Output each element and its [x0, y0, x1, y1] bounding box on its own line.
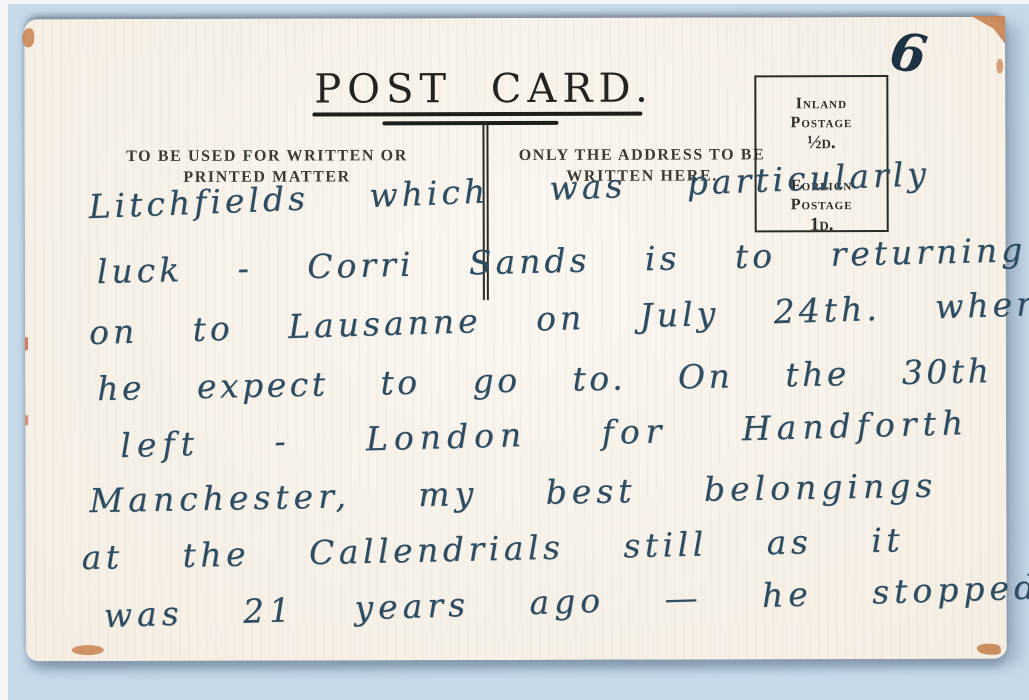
handwriting-line-3: on to Lausanne on July 24th. where: [88, 283, 1029, 352]
aging-mark-top-left: [22, 28, 34, 47]
handwritten-number: 6: [886, 21, 931, 87]
postcard-title: POST CARD.: [314, 66, 614, 113]
aging-mark-top-right: [963, 16, 1005, 48]
stamp-inland-line2: Postage: [756, 113, 886, 132]
aging-mark-top-right-small: [996, 59, 1003, 74]
stamp-inland-line1: Inland: [756, 94, 886, 113]
stamp-box: Inland Postage ½d. Foreign Postage 1d.: [754, 75, 888, 232]
title-rule-primary: [312, 112, 642, 117]
handwriting-line-8: was 21 years ago — he stopped: [103, 567, 1029, 635]
postcard-back: POST CARD. TO BE USED FOR WRITTEN OR PRI…: [24, 17, 1007, 662]
aging-mark-bottom-left: [72, 645, 104, 655]
edge-speck-lower: [25, 415, 28, 425]
handwriting-line-4: he expect to go to. On the 30th he: [97, 349, 1029, 408]
handwriting-line-6: Manchester, my best belongings: [89, 466, 937, 521]
edge-speck-upper: [25, 337, 28, 350]
handwriting-line-7: at the Callendrials still as it: [81, 520, 904, 577]
title-rule-secondary: [382, 121, 558, 125]
aging-mark-bottom-right: [977, 644, 1001, 655]
stamp-inland-rate: ½d.: [756, 132, 886, 154]
left-instruction-line1: TO BE USED FOR WRITTEN OR: [94, 145, 439, 167]
handwriting-line-5: left - London for Handforth: [120, 403, 970, 465]
handwriting-line-2: luck - Corri Sands is to returning: [96, 230, 1026, 291]
